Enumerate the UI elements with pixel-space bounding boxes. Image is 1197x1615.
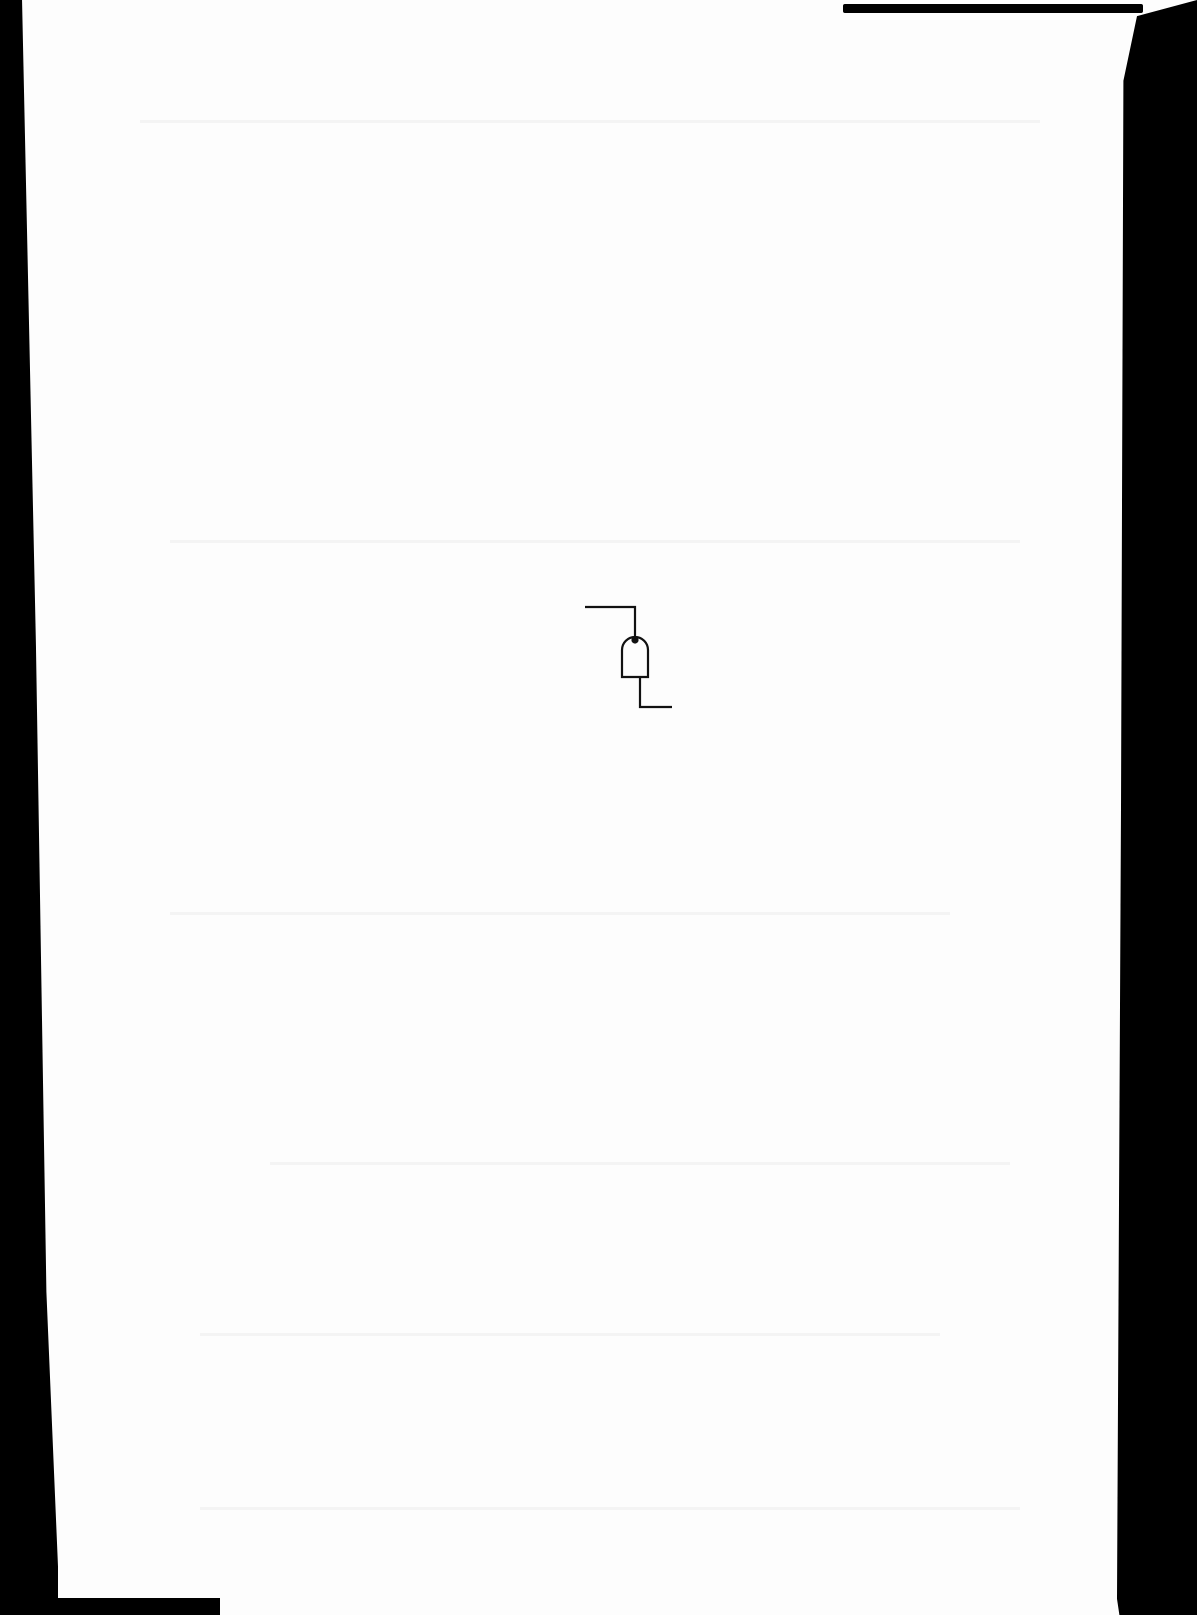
output-wire — [640, 677, 672, 707]
input-wire — [585, 607, 635, 640]
and-gate-diagram — [0, 0, 1197, 1615]
